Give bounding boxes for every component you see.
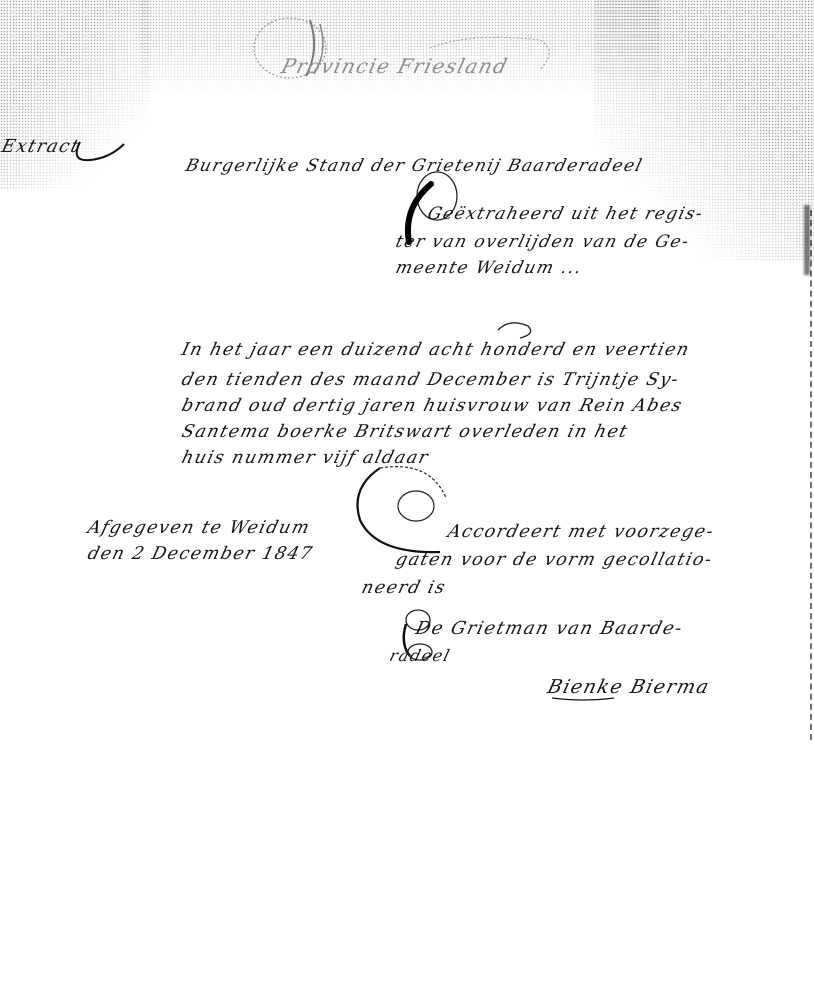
body-line-3: brand oud dertig jaren huisvrouw van Rei…	[180, 396, 685, 416]
seal-oval-icon	[340, 458, 460, 558]
issued-place: Afgegeven te Weidum	[86, 518, 313, 538]
margin-note: Extract	[0, 136, 82, 157]
jurisdiction-line: Burgerlijke Stand der Grietenij Baardera…	[184, 156, 646, 176]
body-line-4: Santema boerke Britswart overleden in he…	[180, 422, 631, 442]
body-line-2: den tienden des maand December is Trijnt…	[180, 370, 682, 390]
certification-line-2: gaten voor de vorm gecollatio-	[394, 550, 715, 570]
authority-line-1: De Grietman van Baarde-	[413, 618, 685, 639]
body-line-1: In het jaar een duizend acht honderd en …	[180, 340, 693, 360]
certification-line-3: neerd is	[360, 578, 449, 598]
page-edge-shadow	[807, 210, 812, 740]
scan-noise-left	[0, 0, 150, 190]
title-line-2: ter van overlijden van de Ge-	[394, 232, 692, 252]
official-signature: Bienke Bierma	[545, 676, 712, 698]
authority-line-2: radeel	[388, 646, 453, 665]
scan-noise-top	[140, 0, 660, 95]
scanned-document-page: Provincie Friesland Extract Burgerlijke …	[0, 0, 814, 1008]
title-line-3: meente Weidum ...	[394, 258, 585, 278]
issued-date: den 2 December 1847	[86, 544, 316, 564]
page-edge-dark-spot	[804, 205, 810, 275]
header-province: Provincie Friesland	[279, 54, 511, 78]
certification-line-1: Accordeert met voorzege-	[446, 522, 717, 542]
title-line-1: Geëxtraheerd uit het regis-	[426, 204, 706, 224]
body-line-5: huis nummer vijf aldaar	[180, 448, 432, 468]
stamp-flourish-icon	[240, 10, 600, 90]
